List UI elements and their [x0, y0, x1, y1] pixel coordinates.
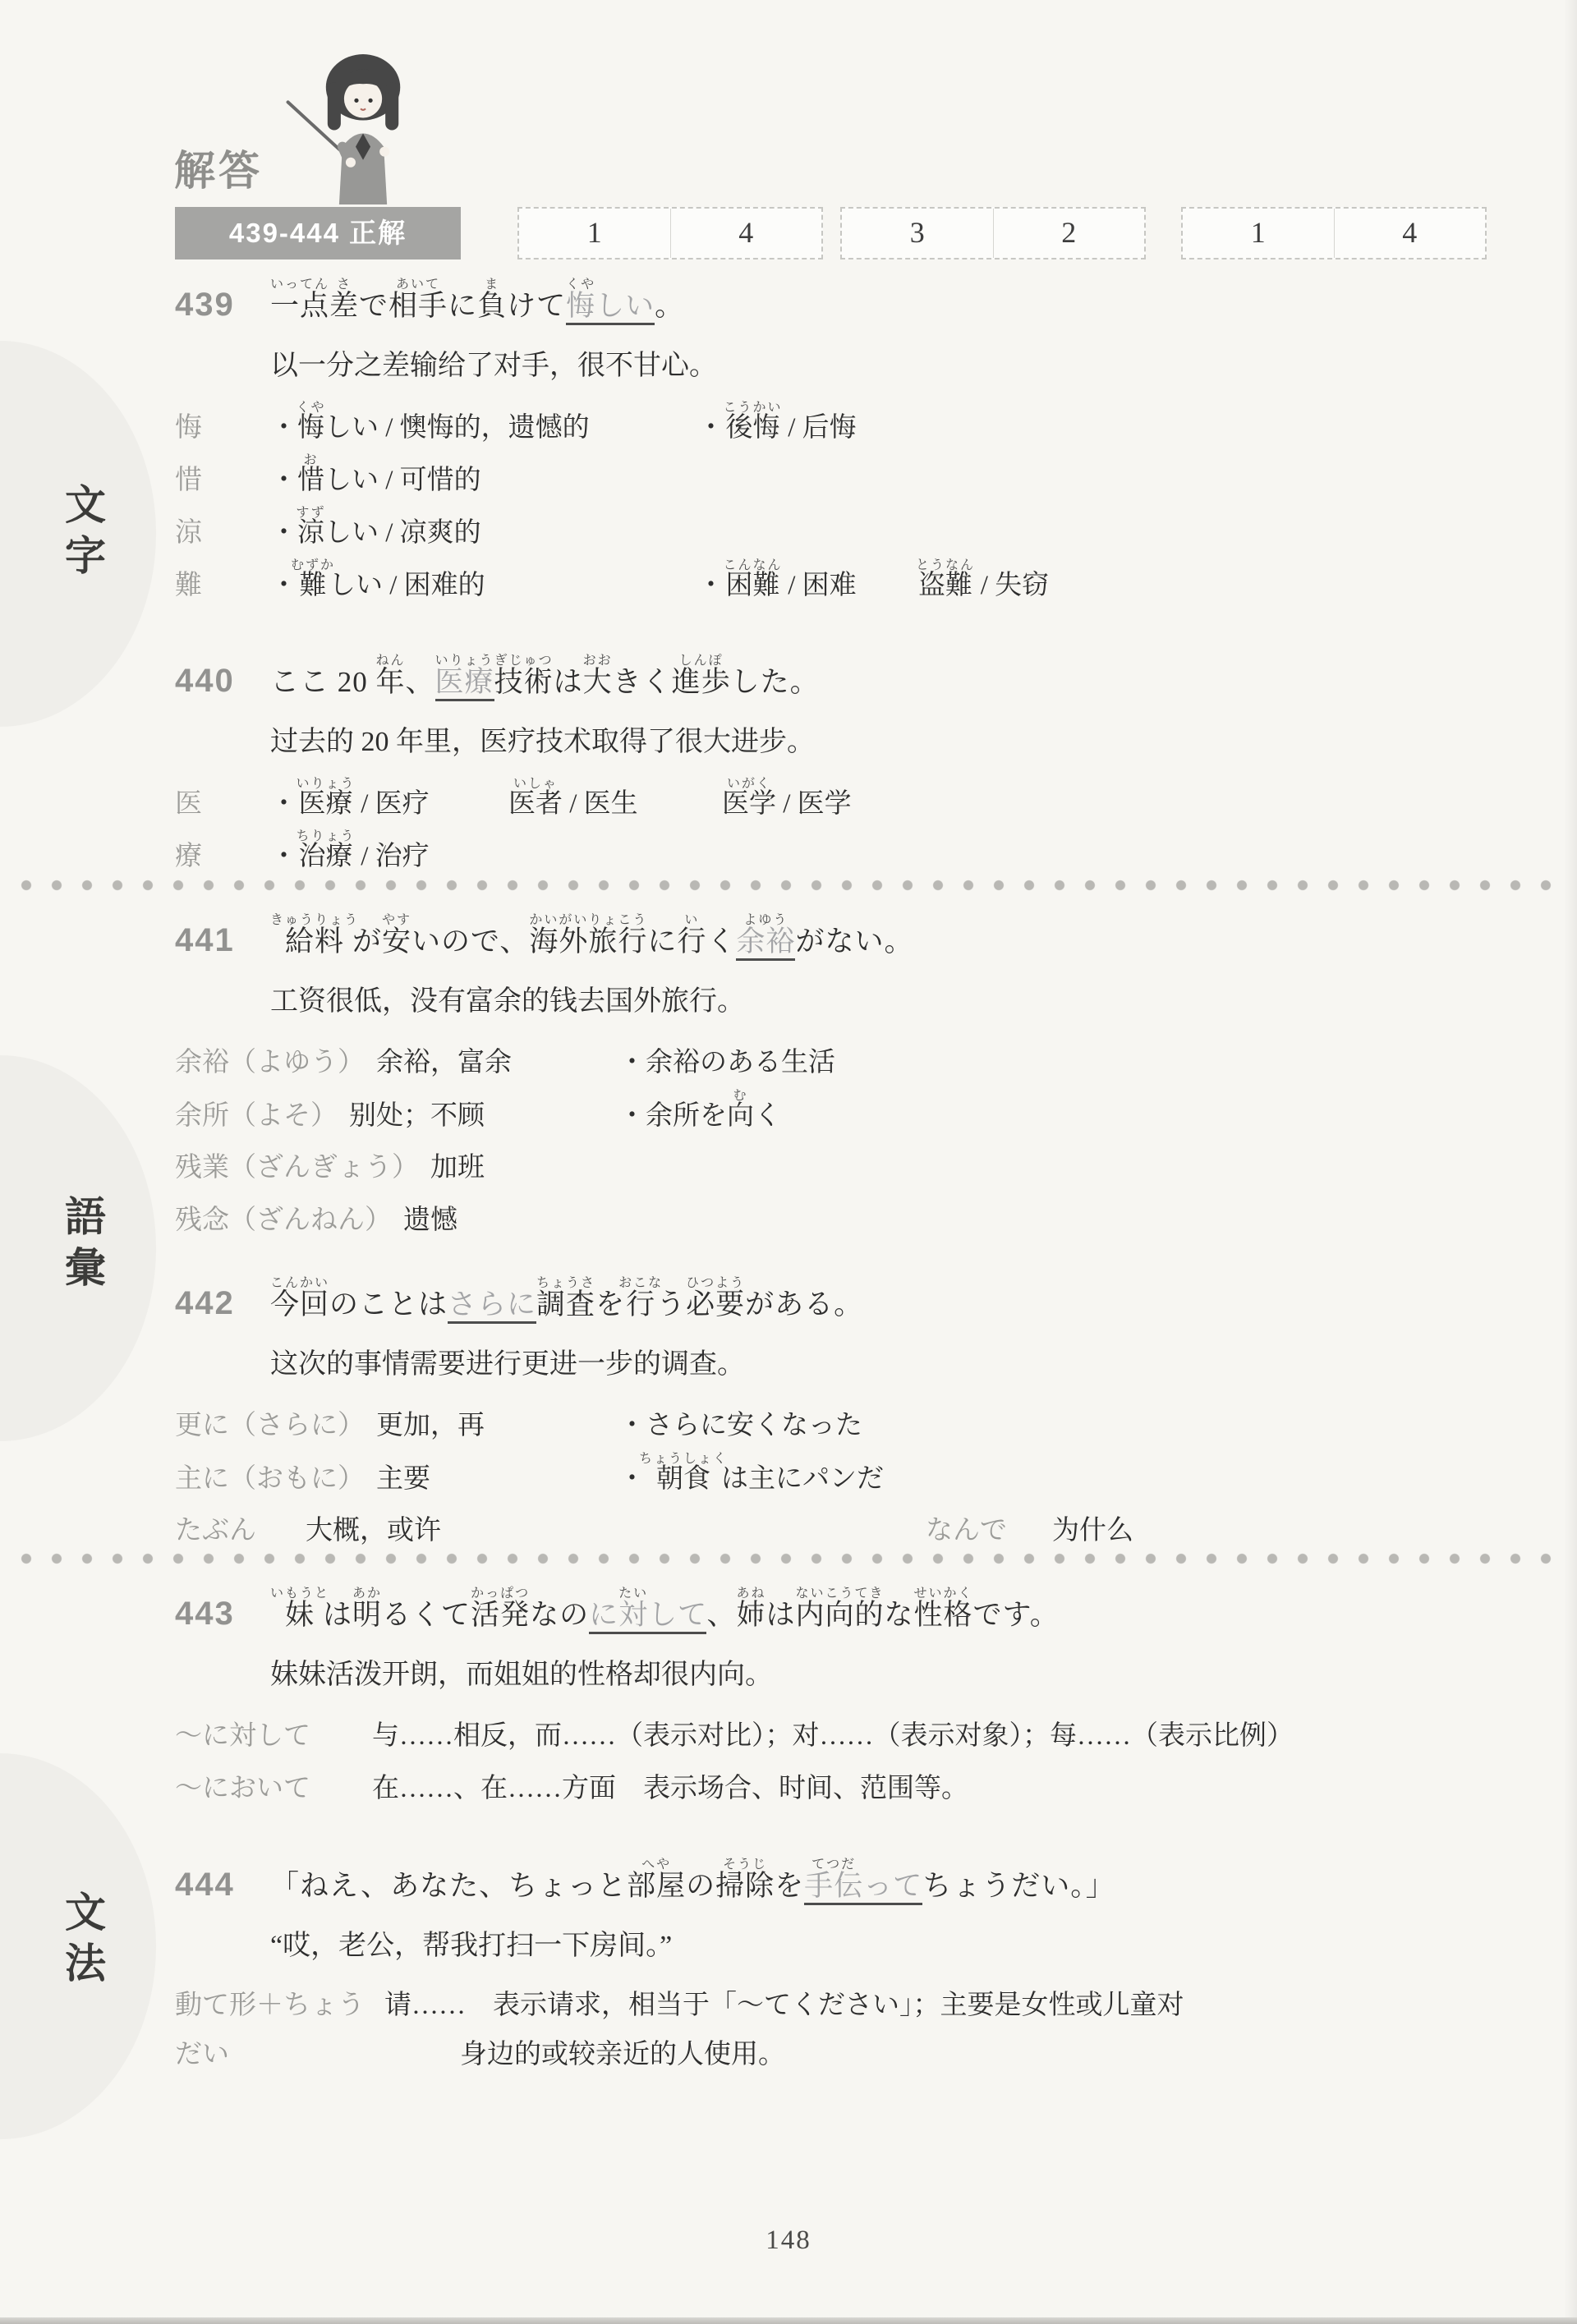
answer-range-label: 439-444 正解 — [175, 207, 461, 259]
vocab-group: 更に（さらに）更加，再・さらに安くなった 主に（おもに）主要・朝食ちょうしょくは… — [175, 1399, 1564, 1557]
question-444: 444「ねえ、あなた、ちょっと部屋へやの掃除そうじを手伝てつだってちょうだい。」… — [175, 1853, 1564, 2079]
vocab-cell: 盗難とうなん / 失窃 — [916, 558, 1049, 612]
vocab-row: 主に（おもに）主要・朝食ちょうしょくは主にパンだ — [175, 1452, 1564, 1504]
vocab-kanji-head: 悔 — [175, 402, 270, 454]
question-number: 442 — [175, 1271, 241, 1335]
vocab-row: 涼・涼すずしい / 凉爽的 — [175, 506, 1564, 558]
vocab-cell: 医者いしゃ / 医生 — [508, 777, 722, 830]
vocab-cell: ・悔くやしい / 懊悔的，遗憾的 — [270, 401, 697, 454]
vocab-kanji-head: 惜 — [175, 454, 270, 507]
question-sentence-line: 442今回こんかいのことはさらに調査ちょうさを行おこなう必要ひつようがある。 — [175, 1271, 1564, 1335]
question-number: 441 — [175, 908, 241, 972]
grammar-definition: 与……相反，而……（表示对比）；对……（表示对象）；每……（表示比例） — [372, 1721, 1294, 1751]
question-number: 440 — [175, 649, 241, 713]
vocab-term: なんで — [926, 1504, 1041, 1557]
answer-443: 1 — [1183, 209, 1334, 258]
question-442: 442今回こんかいのことはさらに調査ちょうさを行おこなう必要ひつようがある。 这… — [175, 1271, 1564, 1557]
vocab-cell: ・涼すずしい / 凉爽的 — [270, 506, 481, 559]
question-sentence-line: 444「ねえ、あなた、ちょっと部屋へやの掃除そうじを手伝てつだってちょうだい。」 — [175, 1853, 1564, 1917]
sidebar-tab-moji: 文字 — [53, 483, 112, 585]
question-sentence: 今回こんかいのことはさらに調査ちょうさを行おこなう必要ひつようがある。 — [270, 1288, 863, 1324]
answer-box-pair-2: 3 2 — [840, 207, 1146, 259]
question-sentence: 「ねえ、あなた、ちょっと部屋へやの掃除そうじを手伝てつだってちょうだい。」 — [270, 1870, 1115, 1905]
vocab-row: 惜・惜おしい / 可惜的 — [175, 453, 1564, 506]
textbook-answer-page: 文字 語彙 文法 解答 439-444 正解 1 4 3 2 1 4 439一点… — [0, 0, 1577, 2324]
grammar-definition: 请…… 表示请求，相当于「～てください」；主要是女性或儿童对身边的或较亲近的人使… — [384, 1981, 1184, 2079]
vocab-row: 悔・悔くやしい / 懊悔的，遗憾的・後悔こうかい / 后悔 — [175, 401, 1564, 453]
vocab-row: 残業（ざんぎょう）加班 — [175, 1141, 1564, 1194]
vocab-cell: ・後悔こうかい / 后悔 — [697, 401, 857, 454]
vocab-row: 余裕（よゆう）余裕，富余・余裕のある生活 — [175, 1036, 1564, 1089]
vocab-cell: ・難むずかしい / 困难的 — [270, 558, 697, 612]
teacher-character-icon — [284, 46, 434, 207]
vocab-meaning: 大概，或许 — [306, 1504, 926, 1557]
question-sentence-line: 440ここ 20 年ねん、医療いりょう技術ぎじゅつは大おおきく進歩しんぽした。 — [175, 649, 1564, 713]
dotted-separator — [20, 879, 1557, 892]
question-sentence: 給料きゅうりょうが安やすいので、海外旅行かいがいりょこうに行いく余裕よゆうがない… — [270, 925, 913, 961]
vocab-example: ・余裕のある生活 — [618, 1036, 835, 1089]
sidebar-tab-bunpo: 文法 — [53, 1890, 112, 1992]
vocab-group: 医・医療いりょう / 医疗医者いしゃ / 医生医学いがく / 医学 療・治療ちり… — [175, 777, 1564, 882]
vocab-kanji-head: 医 — [175, 778, 270, 830]
vocab-term: 更に（さらに）更加，再 — [175, 1399, 618, 1452]
question-440: 440ここ 20 年ねん、医療いりょう技術ぎじゅつは大おおきく進歩しんぽした。 … — [175, 649, 1564, 882]
question-translation: “哎，老公，帮我打扫一下房间。” — [270, 1922, 1564, 1971]
grammar-group: 動て形＋ちょうだい请…… 表示请求，相当于「～てください」；主要是女性或儿童对身… — [175, 1981, 1564, 2079]
question-translation: 这次的事情需要进行更进一步的调查。 — [270, 1340, 1564, 1389]
question-translation: 以一分之差输给了对手，很不甘心。 — [270, 342, 1564, 391]
grammar-row: ～において在……、在……方面 表示场合、时间、范围等。 — [175, 1762, 1564, 1815]
sidebar-tab-goi: 語彙 — [53, 1195, 112, 1297]
page-right-shade — [1564, 0, 1577, 2324]
vocab-example: ・余所を向むく — [618, 1089, 781, 1142]
question-sentence: 妹いもうとは明あかるくて活発かっぱつなのに対たいして、姉あねは内向的ないこうてき… — [270, 1599, 1060, 1634]
question-sentence-line: 439一点いってん差さで相手あいてに負まけて悔くやしい。 — [175, 273, 1564, 337]
vocab-term: 主に（おもに）主要 — [175, 1453, 618, 1505]
vocab-row: 難・難むずかしい / 困难的・困難こんなん / 困难盗難とうなん / 失窃 — [175, 558, 1564, 611]
question-sentence: 一点いってん差さで相手あいてに負まけて悔くやしい。 — [270, 290, 684, 325]
vocab-term: 残業（ざんぎょう）加班 — [175, 1141, 485, 1194]
vocab-cell: ・惜おしい / 可惜的 — [270, 453, 481, 507]
vocab-term: 余所（よそ）别处；不顾 — [175, 1090, 618, 1142]
question-sentence-line: 443妹いもうとは明あかるくて活発かっぱつなのに対たいして、姉あねは内向的ないこ… — [175, 1582, 1564, 1646]
vocab-row: 更に（さらに）更加，再・さらに安くなった — [175, 1399, 1564, 1452]
grammar-group: ～に対して与……相反，而……（表示对比）；对……（表示对象）；每……（表示比例）… — [175, 1710, 1564, 1815]
page-number: 148 — [0, 2225, 1577, 2256]
question-number: 439 — [175, 273, 241, 337]
grammar-definition-line1: 请…… 表示请求，相当于「～てください」；主要是女性或儿童对 — [384, 1981, 1184, 2030]
answer-442: 2 — [993, 209, 1145, 258]
vocab-kanji-head: 療 — [175, 830, 270, 883]
question-443: 443妹いもうとは明あかるくて活発かっぱつなのに対たいして、姉あねは内向的ないこ… — [175, 1582, 1564, 1815]
answer-box-pair-1: 1 4 — [517, 207, 823, 259]
grammar-definition: 在……、在……方面 表示场合、时间、范围等。 — [372, 1774, 968, 1803]
vocab-cell: ・治療ちりょう / 治疗 — [270, 829, 430, 883]
vocab-cell: ・医療いりょう / 医疗 — [270, 777, 508, 830]
grammar-term: ～に対して — [175, 1710, 372, 1762]
answer-441: 3 — [842, 209, 993, 258]
vocab-cell: ・困難こんなん / 困难 — [697, 558, 916, 612]
vocab-row: たぶん大概，或许なんで为什么 — [175, 1504, 1564, 1557]
question-sentence-line: 441給料きゅうりょうが安やすいので、海外旅行かいがいりょこうに行いく余裕よゆう… — [175, 908, 1564, 972]
page-bottom-edge — [0, 2317, 1577, 2324]
dotted-separator — [20, 1552, 1557, 1565]
vocab-kanji-head: 難 — [175, 559, 270, 612]
vocab-row: 残念（ざんねん）遗憾 — [175, 1194, 1564, 1247]
vocab-group: 余裕（よゆう）余裕，富余・余裕のある生活 余所（よそ）别处；不顾・余所を向むく … — [175, 1036, 1564, 1247]
vocab-row: 余所（よそ）别处；不顾・余所を向むく — [175, 1089, 1564, 1141]
grammar-term: 動て形＋ちょうだい — [175, 1981, 384, 2079]
question-439: 439一点いってん差さで相手あいてに負まけて悔くやしい。 以一分之差输给了对手，… — [175, 273, 1564, 611]
vocab-row: 医・医療いりょう / 医疗医者いしゃ / 医生医学いがく / 医学 — [175, 777, 1564, 829]
question-sentence: ここ 20 年ねん、医療いりょう技術ぎじゅつは大おおきく進歩しんぽした。 — [270, 666, 820, 701]
answer-444: 4 — [1334, 209, 1486, 258]
vocab-example: ・さらに安くなった — [618, 1399, 862, 1452]
vocab-meaning: 为什么 — [1052, 1504, 1133, 1557]
vocab-cell: 医学いがく / 医学 — [722, 777, 852, 830]
grammar-definition-line2: 身边的或较亲近的人使用。 — [384, 2030, 1184, 2079]
vocab-row: 療・治療ちりょう / 治疗 — [175, 829, 1564, 882]
question-number: 444 — [175, 1853, 241, 1917]
grammar-term: ～において — [175, 1762, 372, 1815]
page-title: 解答 — [174, 138, 263, 197]
question-441: 441給料きゅうりょうが安やすいので、海外旅行かいがいりょこうに行いく余裕よゆう… — [175, 908, 1564, 1247]
vocab-kanji-head: 涼 — [175, 507, 270, 559]
question-number: 443 — [175, 1582, 241, 1646]
grammar-row: ～に対して与……相反，而……（表示对比）；对……（表示对象）；每……（表示比例） — [175, 1710, 1564, 1762]
question-translation: 工资很低，没有富余的钱去国外旅行。 — [270, 977, 1564, 1027]
vocab-group: 悔・悔くやしい / 懊悔的，遗憾的・後悔こうかい / 后悔 惜・惜おしい / 可… — [175, 401, 1564, 611]
question-translation: 过去的 20 年里，医疗技术取得了很大进步。 — [270, 718, 1564, 767]
answer-440: 4 — [670, 209, 822, 258]
answer-box-pair-3: 1 4 — [1181, 207, 1487, 259]
answer-439: 1 — [519, 209, 670, 258]
vocab-term: 残念（ざんねん）遗憾 — [175, 1194, 457, 1247]
question-translation: 妹妹活泼开朗，而姐姐的性格却很内向。 — [270, 1651, 1564, 1700]
vocab-term: たぶん — [175, 1504, 294, 1557]
vocab-example: ・朝食ちょうしょくは主にパンだ — [618, 1452, 884, 1505]
vocab-term: 余裕（よゆう）余裕，富余 — [175, 1036, 618, 1089]
